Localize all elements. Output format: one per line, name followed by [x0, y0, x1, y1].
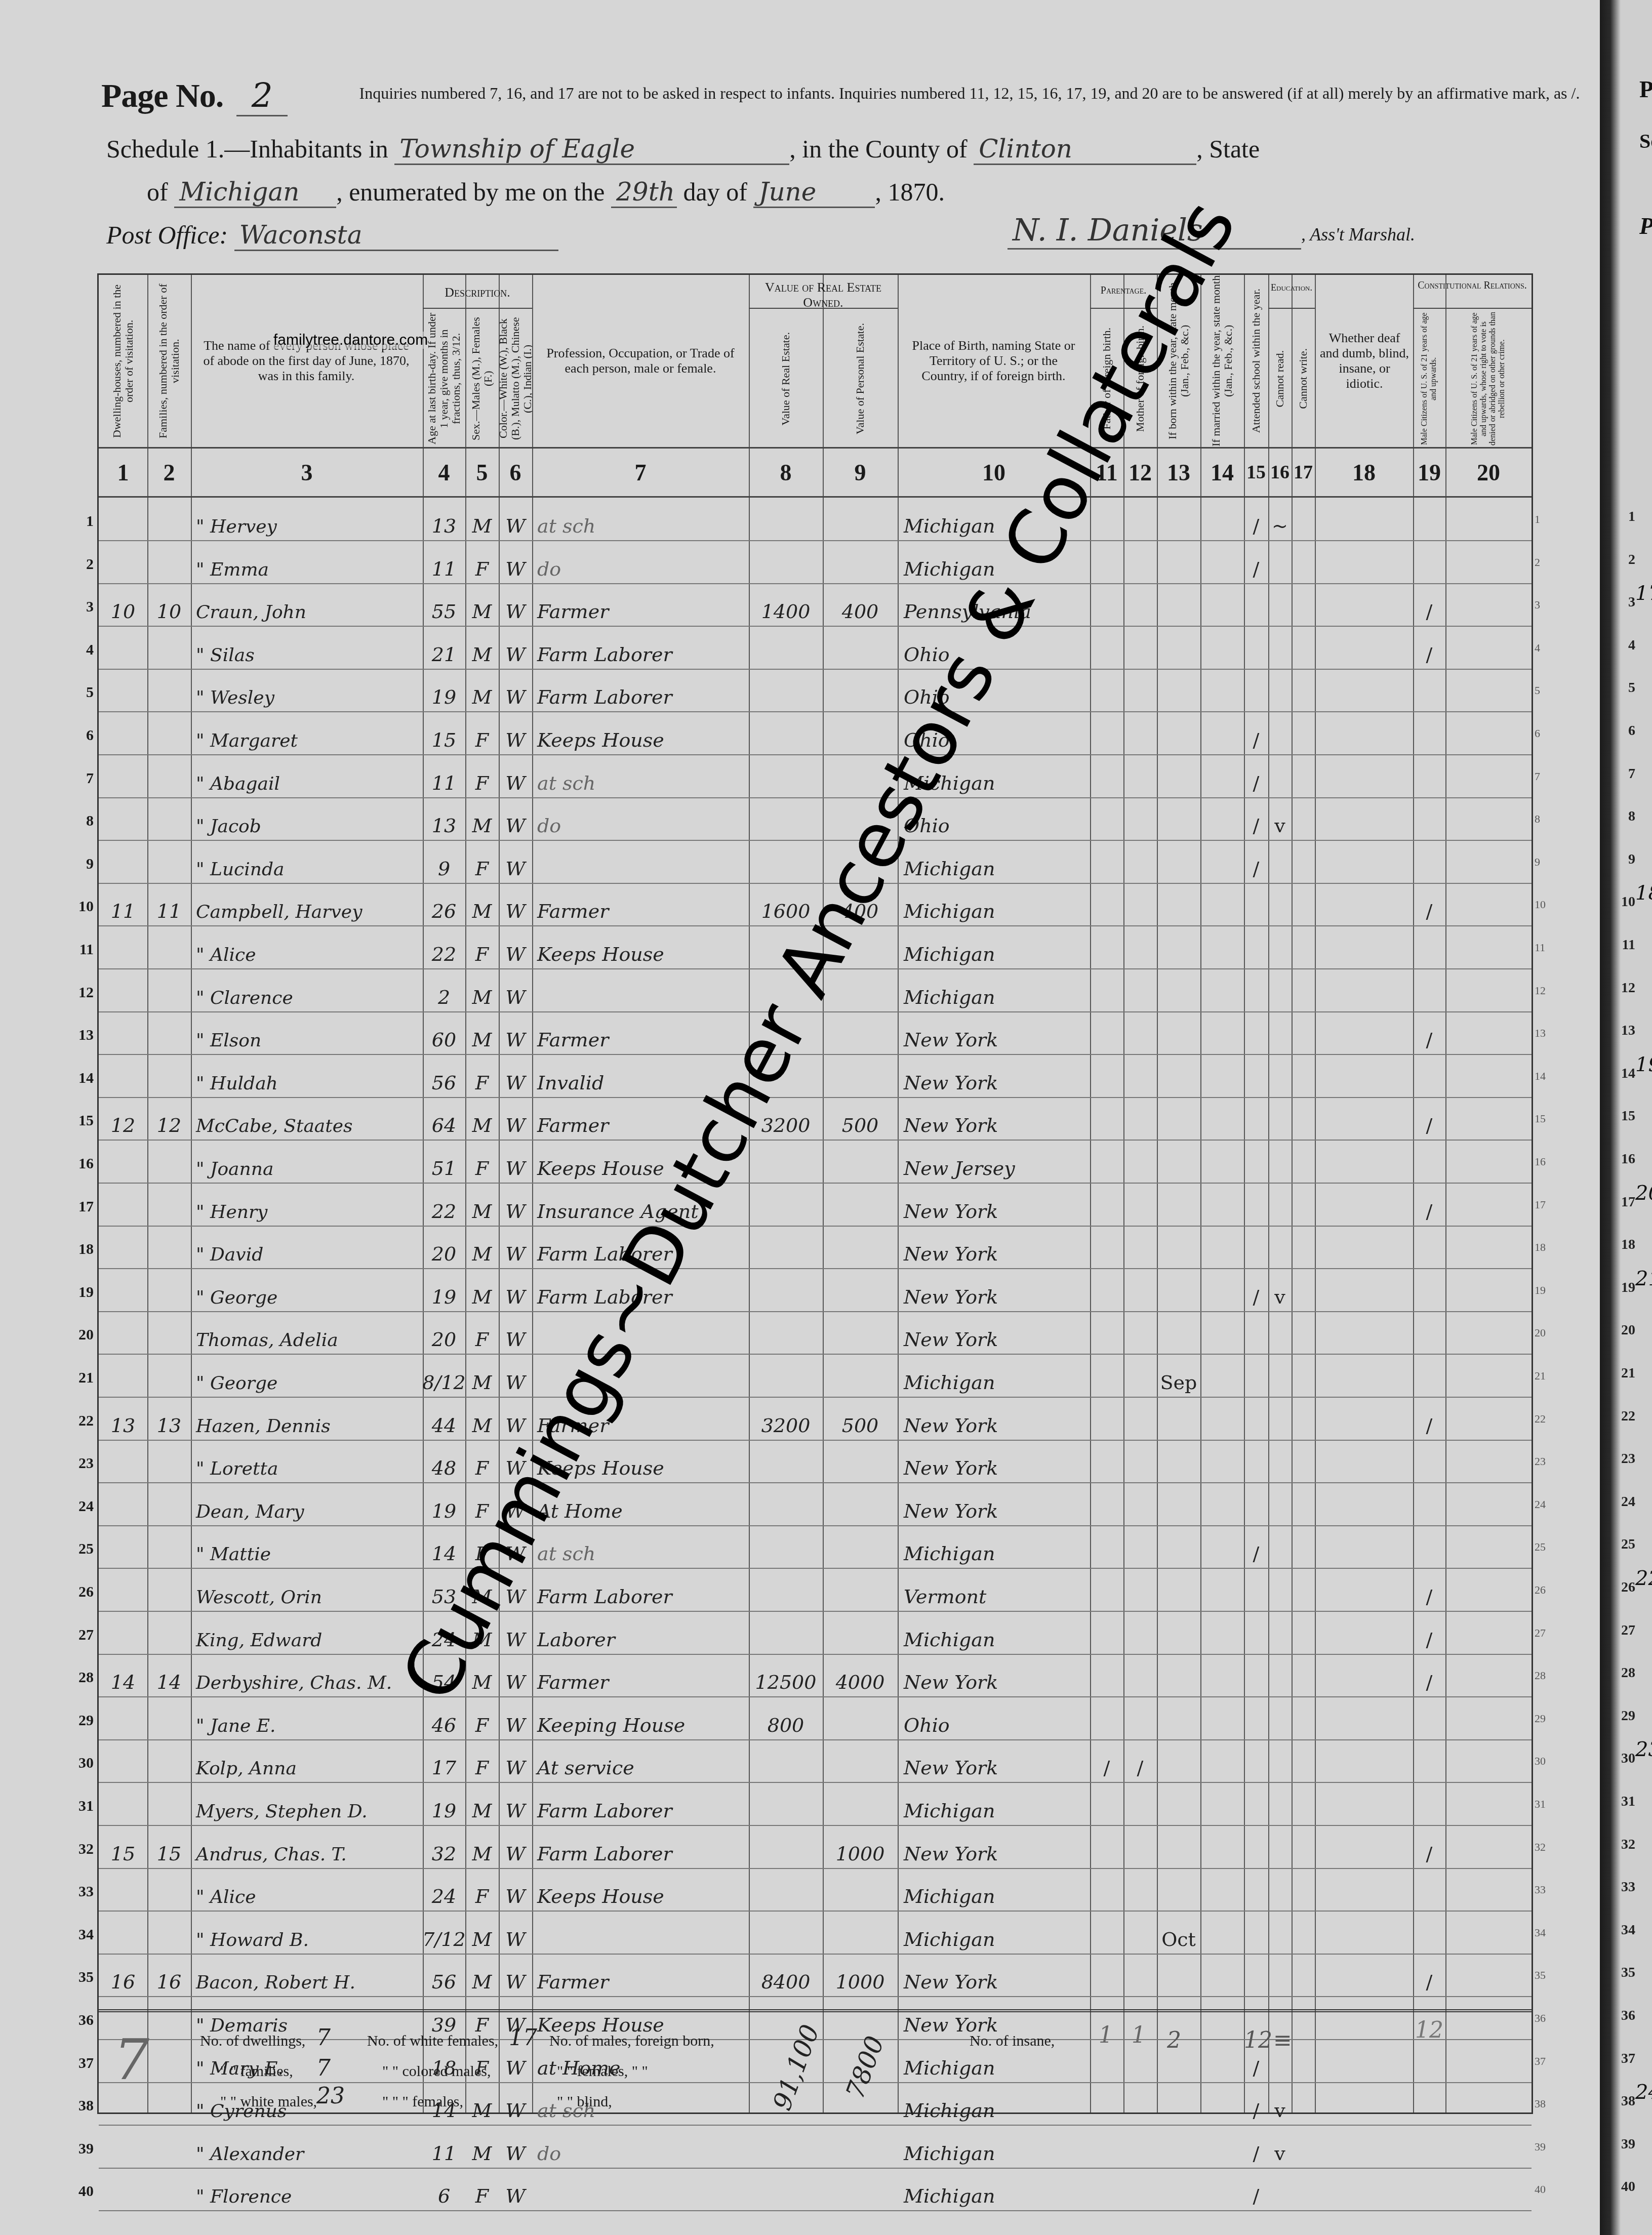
sex: F — [465, 2168, 499, 2210]
mother-foreign — [1123, 1226, 1157, 1268]
attended-school: / — [1244, 2168, 1268, 2210]
personal-estate-value — [823, 1269, 898, 1311]
age: 56 — [423, 1054, 465, 1097]
table-row: 2929" Jane E.46FWKeeping House800Ohio — [99, 1697, 1532, 1740]
family-number — [147, 1440, 191, 1482]
male-citizen-21 — [1413, 669, 1445, 711]
line-number: 17 — [68, 1198, 94, 1215]
table-row: 1919" George19MWFarm LaborerNew York/v — [99, 1269, 1532, 1312]
color: W — [499, 1868, 532, 1911]
male-citizen-21 — [1413, 969, 1445, 1011]
adjacent-line-number: 39 — [1605, 2136, 1635, 2152]
line-number: 10 — [68, 898, 94, 915]
father-foreign — [1090, 541, 1123, 583]
place-of-birth: Michigan — [904, 2125, 1090, 2168]
occupation: Farmer — [537, 1954, 749, 1996]
father-foreign — [1090, 1097, 1123, 1140]
cannot-write — [1292, 1311, 1315, 1354]
occupation: do — [537, 541, 749, 583]
family-number: 12 — [147, 1097, 191, 1140]
families-count: 7 — [316, 2055, 331, 2081]
born-within-year — [1157, 1269, 1200, 1311]
personal-estate-value — [823, 1868, 898, 1911]
place-of-birth: Ohio — [904, 1697, 1090, 1739]
male-citizen-21: / — [1413, 1654, 1445, 1696]
cannot-write — [1292, 541, 1315, 583]
attended-school — [1244, 1825, 1268, 1868]
real-estate-value — [749, 626, 823, 669]
adjacent-line-number: 10 — [1605, 894, 1635, 910]
line-number-right: 7 — [1535, 770, 1560, 783]
line-number-right: 13 — [1535, 1027, 1560, 1040]
cannot-write — [1292, 1654, 1315, 1696]
vote-denied — [1445, 541, 1532, 583]
born-within-year — [1157, 1611, 1200, 1654]
cannot-write — [1292, 1525, 1315, 1568]
father-foreign — [1090, 926, 1123, 968]
table-row: 2626Wescott, Orin53MWFarm LaborerVermont… — [99, 1568, 1532, 1612]
born-within-year — [1157, 755, 1200, 797]
line-number-right: 37 — [1535, 2055, 1560, 2068]
color: W — [499, 626, 532, 669]
age: 51 — [423, 1140, 465, 1183]
family-number — [147, 1782, 191, 1825]
table-row: 3030Kolp, Anna17FWAt serviceNew York// — [99, 1739, 1532, 1783]
attended-school — [1244, 1354, 1268, 1397]
census-table: Dwelling-houses, numbered in the order o… — [97, 273, 1533, 2114]
dwelling-number — [99, 1911, 147, 1954]
male-citizen-21: / — [1413, 1954, 1445, 1996]
sex: M — [465, 1954, 499, 1996]
personal-estate-value — [823, 626, 898, 669]
family-number — [147, 1011, 191, 1054]
occupation — [537, 2168, 749, 2210]
line-number: 13 — [68, 1027, 94, 1044]
cannot-read — [1268, 2168, 1292, 2210]
line-number: 4 — [68, 641, 94, 659]
father-foreign — [1090, 969, 1123, 1011]
real-estate-group-header: Value of Real Estate Owned. — [749, 280, 898, 310]
age: 11 — [423, 755, 465, 797]
table-row: 2020Thomas, Adelia20FWNew York — [99, 1311, 1532, 1355]
census-page: Page No. 2 Inquiries numbered 7, 16, and… — [0, 0, 1603, 2235]
married-within-year — [1200, 712, 1244, 754]
vote-denied — [1445, 1097, 1532, 1140]
col17-header: Cannot write. — [1292, 310, 1315, 447]
cannot-write — [1292, 969, 1315, 1011]
line-number: 16 — [68, 1155, 94, 1172]
married-within-year — [1200, 1483, 1244, 1525]
line-number: 39 — [68, 2140, 94, 2158]
col-number: 20 — [1445, 450, 1532, 495]
table-row: 35351616Bacon, Robert H.56MWFarmer840010… — [99, 1954, 1532, 1997]
occupation: Keeps House — [537, 926, 749, 968]
color: W — [499, 712, 532, 754]
mother-foreign — [1123, 669, 1157, 711]
cannot-write — [1292, 669, 1315, 711]
dwelling-number — [99, 669, 147, 711]
person-name: " Alice — [196, 926, 423, 968]
born-within-year — [1157, 1097, 1200, 1140]
adjacent-dwelling-mark: 22 — [1635, 1567, 1652, 1590]
table-row: 66" Margaret15FWKeeps HouseOhio/ — [99, 712, 1532, 755]
adjacent-line-number: 27 — [1605, 1622, 1635, 1639]
personal-estate-value: 1000 — [823, 1954, 898, 1996]
adjacent-line-number: 40 — [1605, 2179, 1635, 2195]
married-within-year — [1200, 1226, 1244, 1268]
line-number: 22 — [68, 1412, 94, 1430]
col-number: 9 — [823, 450, 898, 495]
line-number: 36 — [68, 2012, 94, 2029]
married-within-year — [1200, 1782, 1244, 1825]
adjacent-line-number: 6 — [1605, 723, 1635, 739]
attended-school — [1244, 583, 1268, 626]
cannot-write — [1292, 755, 1315, 797]
vote-denied — [1445, 755, 1532, 797]
adjacent-line-number: 13 — [1605, 1023, 1635, 1039]
mother-foreign — [1123, 2168, 1157, 2210]
mother-foreign — [1123, 1954, 1157, 1996]
line-number-right: 39 — [1535, 2140, 1560, 2153]
born-within-year — [1157, 1739, 1200, 1782]
vote-denied — [1445, 926, 1532, 968]
table-row: 3131Myers, Stephen D.19MWFarm LaborerMic… — [99, 1782, 1532, 1826]
age: 6 — [423, 2168, 465, 2210]
line-number-right: 3 — [1535, 598, 1560, 612]
person-name: " Abagail — [196, 755, 423, 797]
male-citizen-21: / — [1413, 1825, 1445, 1868]
mother-foreign — [1123, 883, 1157, 925]
cannot-read — [1268, 1654, 1292, 1696]
mother-foreign — [1123, 1054, 1157, 1097]
married-within-year — [1200, 1739, 1244, 1782]
post-office-field: Waconsta — [234, 220, 558, 251]
male-citizen-21 — [1413, 1739, 1445, 1782]
line-number: 2 — [68, 556, 94, 573]
vote-denied — [1445, 1654, 1532, 1696]
line-number: 37 — [68, 2055, 94, 2072]
personal-estate-value — [823, 1483, 898, 1525]
family-number — [147, 498, 191, 540]
adjacent-line-number: 16 — [1605, 1151, 1635, 1167]
real-estate-value — [749, 1525, 823, 1568]
age: 19 — [423, 669, 465, 711]
adjacent-line-number: 11 — [1605, 937, 1635, 953]
dwelling-number — [99, 797, 147, 840]
attended-school: / — [1244, 2125, 1268, 2168]
real-estate-value — [749, 669, 823, 711]
adjacent-line-number: 25 — [1605, 1536, 1635, 1553]
married-within-year — [1200, 669, 1244, 711]
family-number — [147, 1568, 191, 1611]
sex: M — [465, 1782, 499, 1825]
line-number-right: 29 — [1535, 1712, 1560, 1725]
person-name: " Silas — [196, 626, 423, 669]
age: 21 — [423, 626, 465, 669]
real-estate-value — [749, 1269, 823, 1311]
personal-estate-value — [823, 1054, 898, 1097]
place-of-birth: New York — [904, 1739, 1090, 1782]
sex: M — [465, 1825, 499, 1868]
born-within-year — [1157, 797, 1200, 840]
line-number: 6 — [68, 727, 94, 744]
place-of-birth: New York — [904, 1954, 1090, 1996]
family-number — [147, 2168, 191, 2210]
married-within-year — [1200, 1868, 1244, 1911]
real-estate-value — [749, 1911, 823, 1954]
line-number-right: 36 — [1535, 2012, 1560, 2025]
father-foreign — [1090, 1611, 1123, 1654]
cannot-write — [1292, 1183, 1315, 1226]
married-within-year — [1200, 840, 1244, 883]
sex: F — [465, 1311, 499, 1354]
dwelling-number — [99, 1183, 147, 1226]
married-within-year — [1200, 541, 1244, 583]
cannot-write — [1292, 2125, 1315, 2168]
col7-header: Profession, Occupation, or Trade of each… — [544, 275, 737, 447]
family-number — [147, 1483, 191, 1525]
person-name: " Clarence — [196, 969, 423, 1011]
male-citizen-21 — [1413, 755, 1445, 797]
adjacent-dwelling-mark: 19 — [1635, 1053, 1652, 1076]
color: W — [499, 1782, 532, 1825]
table-row: 11" Hervey13MWat schMichigan/~ — [99, 498, 1532, 541]
col15-header: Attended school within the year. — [1244, 275, 1268, 447]
line-number: 28 — [68, 1669, 94, 1686]
adjacent-line-number: 38 — [1605, 2093, 1635, 2109]
color: W — [499, 1269, 532, 1311]
col-number: 3 — [191, 450, 423, 495]
male-citizen-21 — [1413, 1525, 1445, 1568]
mother-foreign — [1123, 498, 1157, 540]
father-foreign: / — [1090, 1739, 1123, 1782]
cannot-read — [1268, 1054, 1292, 1097]
place-of-birth: Michigan — [904, 1525, 1090, 1568]
total-col19: 12 — [1415, 2017, 1443, 2043]
mother-foreign — [1123, 1483, 1157, 1525]
line-number-right: 11 — [1535, 941, 1560, 954]
dwelling-number — [99, 1568, 147, 1611]
male-citizen-21 — [1413, 1354, 1445, 1397]
occupation — [537, 969, 749, 1011]
line-number: 31 — [68, 1798, 94, 1815]
state-field: Michigan — [174, 177, 336, 208]
col-number: 14 — [1200, 450, 1244, 495]
color: W — [499, 969, 532, 1011]
dwelling-number — [99, 840, 147, 883]
father-foreign — [1090, 1954, 1123, 1996]
line-number-right: 27 — [1535, 1627, 1560, 1640]
table-row: 1717" Henry22MWInsurance AgentNew York/ — [99, 1183, 1532, 1227]
person-name: " Margaret — [196, 712, 423, 754]
father-foreign — [1090, 1397, 1123, 1440]
dwelling-number — [99, 1269, 147, 1311]
mother-foreign — [1123, 1868, 1157, 1911]
line-number: 19 — [68, 1284, 94, 1301]
person-name: King, Edward — [196, 1611, 423, 1654]
vote-denied — [1445, 797, 1532, 840]
vote-denied — [1445, 1911, 1532, 1954]
born-within-year — [1157, 1654, 1200, 1696]
adjacent-line-number: 37 — [1605, 2051, 1635, 2067]
male-citizen-21: / — [1413, 1183, 1445, 1226]
born-within-year — [1157, 498, 1200, 540]
vote-denied — [1445, 669, 1532, 711]
person-name: Bacon, Robert H. — [196, 1954, 423, 1996]
vote-denied — [1445, 1011, 1532, 1054]
cannot-read — [1268, 1097, 1292, 1140]
family-number — [147, 1140, 191, 1183]
age: 64 — [423, 1097, 465, 1140]
cannot-read — [1268, 1483, 1292, 1525]
mother-foreign — [1123, 755, 1157, 797]
family-number — [147, 626, 191, 669]
color: W — [499, 797, 532, 840]
born-within-year — [1157, 626, 1200, 669]
sex: M — [465, 1911, 499, 1954]
personal-estate-value — [823, 1525, 898, 1568]
color: W — [499, 1140, 532, 1183]
mother-foreign — [1123, 1440, 1157, 1482]
sex: M — [465, 1097, 499, 1140]
dwelling-number: 15 — [99, 1825, 147, 1868]
attended-school — [1244, 1611, 1268, 1654]
family-number — [147, 840, 191, 883]
born-within-year: Sep — [1157, 1354, 1200, 1397]
adjacent-line-number: 9 — [1605, 851, 1635, 868]
married-within-year — [1200, 1183, 1244, 1226]
table-row: 22" Emma11FWdoMichigan/ — [99, 541, 1532, 584]
age: 19 — [423, 1782, 465, 1825]
personal-estate-value — [823, 2125, 898, 2168]
dwelling-number — [99, 1525, 147, 1568]
married-within-year — [1200, 1911, 1244, 1954]
family-number: 14 — [147, 1654, 191, 1696]
place-of-birth: New York — [904, 1311, 1090, 1354]
adjacent-dwelling-mark: 20 — [1635, 1182, 1652, 1205]
male-citizen-21 — [1413, 1440, 1445, 1482]
born-within-year — [1157, 1568, 1200, 1611]
family-number: 13 — [147, 1397, 191, 1440]
real-estate-value — [749, 1611, 823, 1654]
vote-denied — [1445, 1311, 1532, 1354]
age: 13 — [423, 498, 465, 540]
born-within-year — [1157, 969, 1200, 1011]
cannot-read — [1268, 926, 1292, 968]
line-number-right: 18 — [1535, 1241, 1560, 1254]
total-personal-estate: 7800 — [840, 2032, 890, 2102]
father-foreign — [1090, 2125, 1123, 2168]
line-number-right: 25 — [1535, 1540, 1560, 1554]
married-within-year — [1200, 1654, 1244, 1696]
person-name: " Henry — [196, 1183, 423, 1226]
family-number — [147, 797, 191, 840]
cannot-write — [1292, 1269, 1315, 1311]
real-estate-value — [749, 1483, 823, 1525]
cannot-read — [1268, 583, 1292, 626]
cannot-read: v — [1268, 797, 1292, 840]
person-name: Campbell, Harvey — [196, 883, 423, 925]
color: W — [499, 1654, 532, 1696]
real-estate-value — [749, 1354, 823, 1397]
page-summary: 7 No. of dwellings, 7 No. of white femal… — [99, 2009, 1532, 2114]
col-number: 2 — [147, 450, 191, 495]
male-citizen-21 — [1413, 2168, 1445, 2210]
col8-header: Value of Real Estate. — [749, 310, 823, 447]
table-row: 1616" Joanna51FWKeeps HouseNew Jersey — [99, 1140, 1532, 1184]
real-estate-value — [749, 2125, 823, 2168]
education-group-header: Education. — [1268, 282, 1315, 293]
line-number: 5 — [68, 684, 94, 701]
personal-estate-value: 4000 — [823, 1654, 898, 1696]
total-col16: ≡ — [1273, 2027, 1292, 2053]
father-foreign — [1090, 1868, 1123, 1911]
cannot-write — [1292, 1354, 1315, 1397]
sex: F — [465, 712, 499, 754]
occupation: Farm Laborer — [537, 1825, 749, 1868]
mother-foreign — [1123, 2125, 1157, 2168]
table-row: 331010Craun, John55MWFarmer1400400Pennsy… — [99, 583, 1532, 627]
table-row: 1414" Huldah56FWInvalidNew York — [99, 1054, 1532, 1098]
occupation: Keeps House — [537, 1868, 749, 1911]
col16-header: Cannot read. — [1268, 310, 1292, 447]
attended-school: / — [1244, 1269, 1268, 1311]
mother-foreign — [1123, 583, 1157, 626]
mother-foreign — [1123, 1525, 1157, 1568]
male-citizen-21: / — [1413, 626, 1445, 669]
cannot-write — [1292, 1954, 1315, 1996]
attended-school — [1244, 1140, 1268, 1183]
occupation: Farm Laborer — [537, 1782, 749, 1825]
occupation: Farmer — [537, 883, 749, 925]
col6-header: Color.—White (W.), Black (B.), Mulatto (… — [499, 310, 532, 447]
line-number: 27 — [68, 1627, 94, 1644]
occupation — [537, 1911, 749, 1954]
group-rule — [423, 308, 532, 309]
adjacent-line-number: 1 — [1605, 509, 1635, 525]
cannot-read — [1268, 1011, 1292, 1054]
personal-estate-value: 500 — [823, 1397, 898, 1440]
married-within-year — [1200, 2125, 1244, 2168]
person-name: " George — [196, 1269, 423, 1311]
attended-school — [1244, 1483, 1268, 1525]
adjacent-line-number: 17 — [1605, 1194, 1635, 1210]
white-females-count: 17 — [509, 2025, 537, 2051]
adjacent-dwelling-mark: 21 — [1635, 1267, 1652, 1290]
father-foreign — [1090, 1269, 1123, 1311]
line-number-right: 33 — [1535, 1883, 1560, 1896]
vote-denied — [1445, 1525, 1532, 1568]
cannot-write — [1292, 1782, 1315, 1825]
total-col13: 2 — [1167, 2027, 1181, 2053]
sex: M — [465, 1183, 499, 1226]
line-number-right: 32 — [1535, 1841, 1560, 1854]
person-name: " Mattie — [196, 1525, 423, 1568]
born-within-year — [1157, 1183, 1200, 1226]
born-within-year — [1157, 1825, 1200, 1868]
born-within-year — [1157, 1311, 1200, 1354]
born-within-year — [1157, 926, 1200, 968]
line-number: 26 — [68, 1583, 94, 1601]
person-name: Hazen, Dennis — [196, 1397, 423, 1440]
place-of-birth: Michigan — [904, 1782, 1090, 1825]
mother-foreign — [1123, 797, 1157, 840]
age: 60 — [423, 1011, 465, 1054]
personal-estate-value — [823, 1911, 898, 1954]
cannot-write — [1292, 1911, 1315, 1954]
dwelling-number — [99, 712, 147, 754]
father-foreign — [1090, 1825, 1123, 1868]
